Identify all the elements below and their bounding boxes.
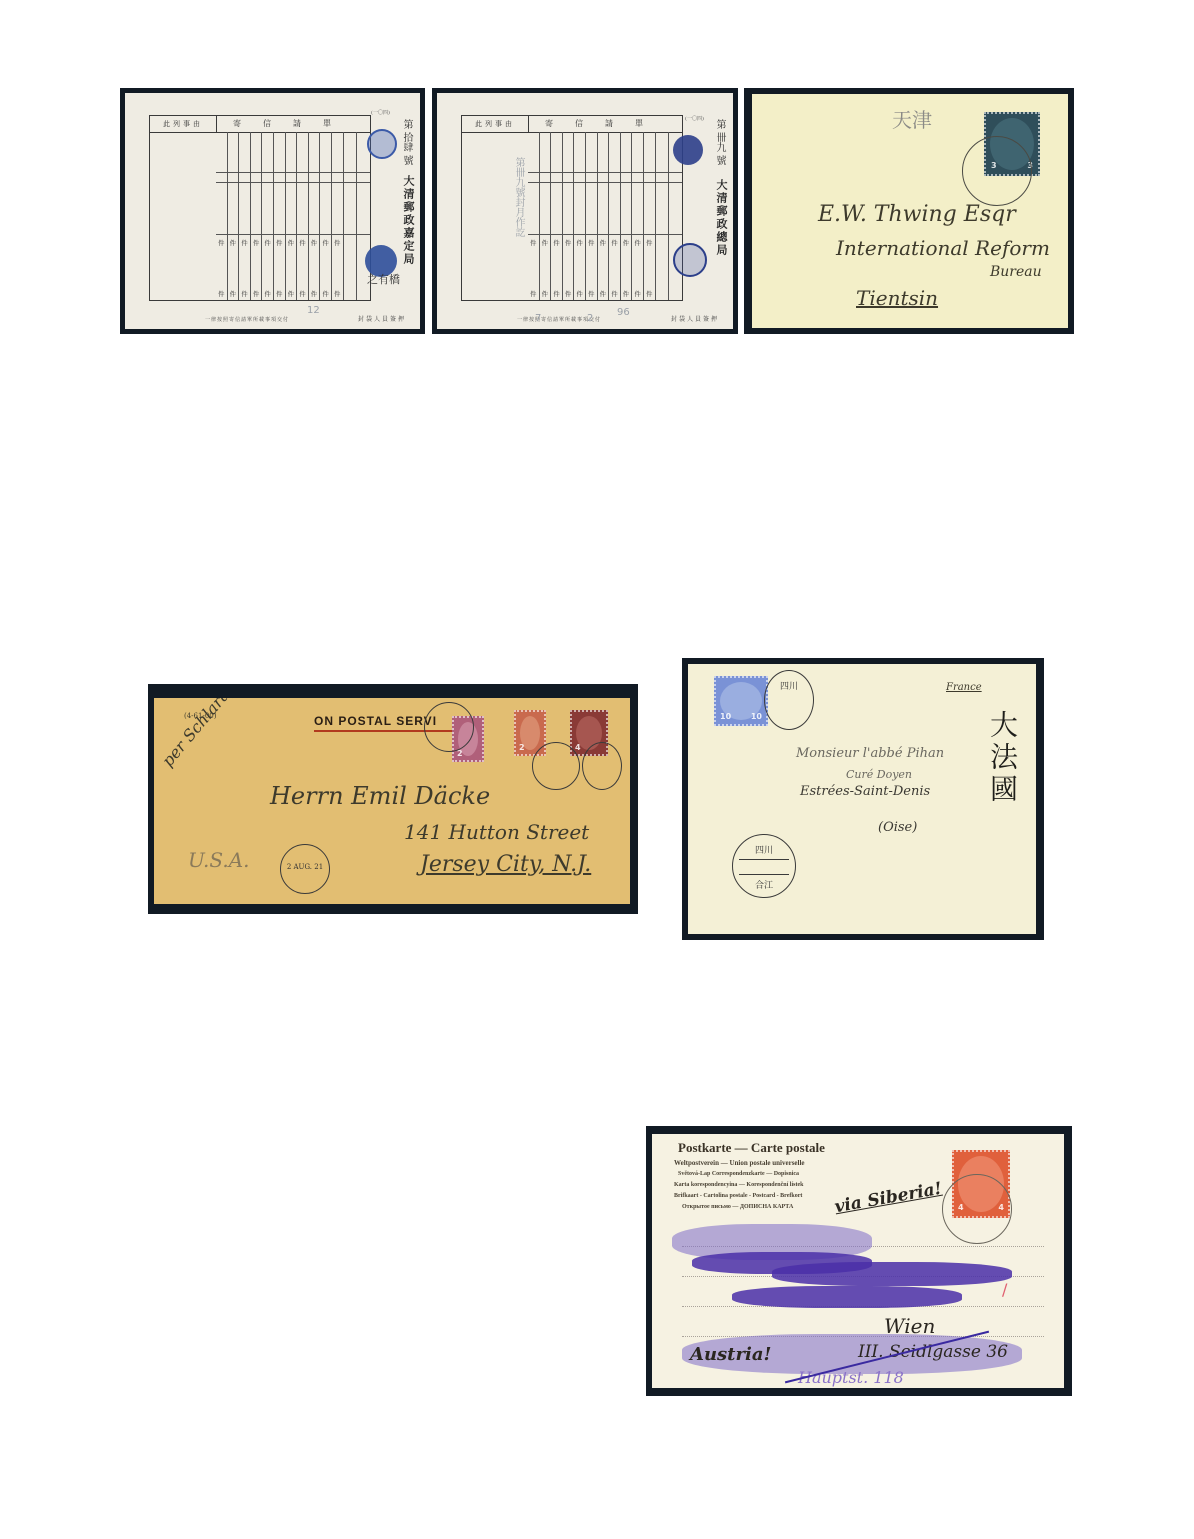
receipt-form-grid: 此列事由 寄信請單 件件 件件 件件 件件 件件 件件 件件 件件 件件 件件 … [149, 115, 371, 301]
form-header-left: 此列事由 [150, 116, 217, 132]
ink-obliteration [732, 1286, 962, 1308]
post-office-name: 大清郵政嘉定局 [400, 175, 416, 266]
ink-obliteration [772, 1262, 1012, 1286]
receipt-form-scan-2: 此列事由 寄信請單 件件 件件 件件 件件 件件 件件 件件 件件 件件 件件 … [432, 88, 738, 334]
address-line-1: Herrn Emil Däcke [270, 782, 490, 810]
form-columns: 件件 件件 件件 件件 件件 件件 件件 件件 件件 件件 件件 [216, 132, 370, 300]
country-note: France [946, 682, 982, 693]
coiling-dragon-stamp-10c: 10 10 [714, 676, 768, 726]
address-line-4: Tientsin [856, 286, 938, 310]
chinese-pencil-note: 天津 [892, 104, 932, 133]
address-line-4: (Oise) [878, 820, 917, 835]
address-line-1: E.W. Thwing Esqr [818, 202, 1016, 227]
address-line-2: International Reform [836, 236, 1050, 260]
form-footer-signature: 封袋人員簽押 [358, 314, 406, 323]
routing-note: per Schlaraffia [158, 698, 250, 770]
address-line-2: 141 Hutton Street [404, 820, 589, 844]
postmark-1 [424, 702, 474, 752]
chinese-address: 大法國 [982, 710, 1022, 806]
handwritten-mark: 之有橋 [367, 271, 400, 287]
postmark-circle [962, 136, 1032, 206]
postcard-subtitle-4: Brifkaart - Cartolina postale - Postcard… [674, 1193, 802, 1199]
postmark-circle [942, 1174, 1012, 1244]
form-header-left: 此列事由 [462, 116, 529, 132]
postcard-subtitle-1: Weltpostverein — Union postale universel… [674, 1159, 805, 1167]
postmark-2 [532, 742, 580, 790]
form-footer-note: 一律按照寄信請單所載事項交付 [205, 316, 289, 323]
postmark-bottom: 四川 合江 [732, 834, 796, 898]
postmark-seal-bottom [673, 243, 707, 277]
postcard-subtitle-3: Karta korespondencyina — Korespondenční … [674, 1182, 803, 1188]
address-city: Wien [884, 1314, 935, 1338]
struck-address: Hauptst. 118 [798, 1368, 904, 1387]
address-line-3: Estrées-Saint-Denis [800, 784, 930, 799]
receipt-form-grid: 此列事由 寄信請單 件件 件件 件件 件件 件件 件件 件件 件件 件件 件件 … [461, 115, 683, 301]
form-number: 第 卌九 號 [712, 119, 727, 165]
postcard-subtitle-5: Открытое письмо — ДОПИСНА КАРТА [682, 1204, 793, 1210]
post-office-name: 大清郵政總局 [713, 179, 729, 257]
address-line-2: Curé Doyen [846, 768, 912, 781]
form-header-title: 寄信請單 [216, 116, 370, 132]
postcard-austria-scan: Postkarte — Carte postale Weltpostverein… [646, 1126, 1072, 1396]
form-footer-signature: 封袋人員簽押 [671, 314, 719, 323]
form-number: 第 拾肆 號 [399, 119, 414, 165]
pencil-note-vertical: 第卌九號封月作訖 [511, 157, 526, 237]
country-line: U.S.A. [188, 848, 250, 872]
cover-france-scan: 10 10 四川 France 大法國 Monsieur l'abbé Piha… [682, 658, 1044, 940]
form-columns: 件件 件件 件件 件件 件件 件件 件件 件件 件件 件件 件件 [528, 132, 682, 300]
address-line-3: Bureau [990, 264, 1042, 280]
postmark-seal-top [673, 135, 703, 165]
backstamp-circle: 2 AUG. 21 [280, 844, 330, 894]
address-line-1: Monsieur l'abbé Pihan [796, 746, 944, 761]
pencil-note-1: 7 [535, 313, 541, 324]
receipt-form-scan-1: 此列事由 寄信請單 件件 件件 件件 件件 件件 件件 件件 件件 件件 件件 … [120, 88, 425, 334]
postmark-top: 四川 [764, 670, 814, 730]
pencil-note-3: 96 [617, 307, 630, 318]
postmark-3 [582, 742, 622, 790]
pencil-note-2: 2 [587, 313, 593, 324]
postmark-seal-top [367, 129, 397, 159]
form-code: (一〇四) [371, 109, 390, 116]
address-line-3: Jersey City, N.J. [420, 852, 591, 877]
form-code: (一〇四) [685, 115, 704, 122]
country-line: Austria! [690, 1344, 771, 1365]
form-header-title: 寄信請單 [528, 116, 682, 132]
cover-jersey-city-scan: ON POSTAL SERVI (4-61-00) per Schlaraffi… [148, 684, 638, 914]
pencil-note: 12 [307, 305, 320, 316]
postcard-subtitle-2: Světová-Lap Correspondenzkarte — Dopisni… [678, 1171, 799, 1177]
cover-tientsin-scan: 天津 3 3 E.W. Thwing Esqr International Re… [744, 88, 1074, 334]
official-banner: ON POSTAL SERVI [314, 714, 437, 728]
postcard-title: Postkarte — Carte postale [678, 1140, 825, 1156]
routing-note: via Siberia! [833, 1179, 943, 1218]
red-mark: / [1002, 1280, 1007, 1299]
